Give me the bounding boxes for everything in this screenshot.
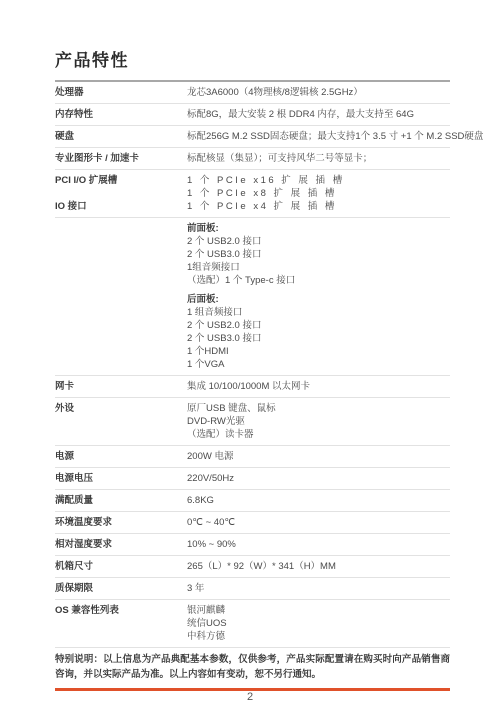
spec-label: 机箱尺寸 [55,560,187,573]
panel-item: 2 个 USB2.0 接口 [187,235,450,248]
spec-value: 220V/50Hz [187,472,450,485]
spec-value-line: 1 个 PCIe x4 扩 展 插 槽 [187,200,450,213]
spec-value: 10% ~ 90% [187,538,450,551]
spec-value-lines: 1 个 PCIe x16 扩 展 插 槽 1 个 PCIe x8 扩 展 插 槽… [187,174,450,213]
spec-value-line: 原厂USB 键盘、鼠标 [187,402,450,415]
spec-sheet: 产品特性 处理器 龙芯3A6000（4物理核/8逻辑核 2.5GHz） 内存特性… [0,0,500,691]
panel-item: 1 个HDMI [187,345,450,358]
spec-label: 电源电压 [55,472,187,485]
spec-value-line: 统信UOS [187,617,450,630]
spec-value-line: DVD-RW光驱 [187,415,450,428]
spec-value-groups: 前面板: 2 个 USB2.0 接口 2 个 USB3.0 接口 1组音频接口 … [187,222,450,371]
spec-label: 电源 [55,450,187,463]
panel-item: 2 个 USB3.0 接口 [187,248,450,261]
spec-row-io-panels: 前面板: 2 个 USB2.0 接口 2 个 USB3.0 接口 1组音频接口 … [55,218,450,376]
panel-item: 1 组音频接口 [187,306,450,319]
spec-row-memory: 内存特性 标配8G，最大安装 2 根 DDR4 内存，最大支持至 64G [55,104,450,126]
spec-row-voltage: 电源电压 220V/50Hz [55,468,450,490]
spec-value: 0℃ ~ 40℃ [187,516,450,529]
spec-row-pcie: PCI I/O 扩展槽 IO 接口 1 个 PCIe x16 扩 展 插 槽 1… [55,170,450,218]
spec-label: 硬盘 [55,130,187,143]
spec-row-psu: 电源 200W 电源 [55,446,450,468]
spec-row-storage: 硬盘 标配256G M.2 SSD固态硬盘；最大支持1个 3.5 寸 +1 个 … [55,126,450,148]
spec-label: 网卡 [55,380,187,393]
spec-value-line: 中科方德 [187,630,450,643]
spec-value-line: 银河麒麟 [187,604,450,617]
panel-item: （选配）1 个 Type-c 接口 [187,274,450,287]
spec-row-warranty: 质保期限 3 年 [55,578,450,600]
spec-label-secondary: IO 接口 [55,200,181,213]
panel-item: 1 个VGA [187,358,450,371]
spec-row-peripherals: 外设 原厂USB 键盘、鼠标 DVD-RW光驱 （选配）读卡器 [55,398,450,446]
spec-label: OS 兼容性列表 [55,604,187,643]
page-number: 2 [0,691,500,703]
footer-note: 特别说明：以上信息为产品典配基本参数，仅供参考，产品实际配置请在购买时向产品销售… [55,653,450,682]
spec-value: 龙芯3A6000（4物理核/8逻辑核 2.5GHz） [187,86,450,99]
spec-value-line: （选配）读卡器 [187,428,450,441]
spec-label-empty [55,222,187,371]
spec-value: 3 年 [187,582,450,595]
spec-label: 环境温度要求 [55,516,187,529]
spec-value-line: 1 个 PCIe x16 扩 展 插 槽 [187,174,450,187]
panel-item: 1组音频接口 [187,261,450,274]
spec-label: 相对湿度要求 [55,538,187,551]
spec-label: 外设 [55,402,187,441]
spec-value: 265（L）* 92（W）* 341（H）MM [187,560,450,573]
spec-label: 满配质量 [55,494,187,507]
spec-value: 集成 10/100/1000M 以太网卡 [187,380,450,393]
spec-value-line: 1 个 PCIe x8 扩 展 插 槽 [187,187,450,200]
spec-value: 200W 电源 [187,450,450,463]
rear-panel-group: 后面板: 1 组音频接口 2 个 USB2.0 接口 2 个 USB3.0 接口… [187,293,450,371]
spec-label: PCI I/O 扩展槽 [55,174,181,187]
page-title: 产品特性 [55,46,450,71]
front-panel-group: 前面板: 2 个 USB2.0 接口 2 个 USB3.0 接口 1组音频接口 … [187,222,450,287]
spec-label: 内存特性 [55,108,187,121]
spec-value: 标配核显（集显）；可支持风华二号等显卡； [187,152,450,165]
panel-item: 2 个 USB2.0 接口 [187,319,450,332]
spec-table: 处理器 龙芯3A6000（4物理核/8逻辑核 2.5GHz） 内存特性 标配8G… [55,82,450,648]
spec-row-nic: 网卡 集成 10/100/1000M 以太网卡 [55,376,450,398]
spec-value-lines: 原厂USB 键盘、鼠标 DVD-RW光驱 （选配）读卡器 [187,402,450,441]
spec-row-gpu: 专业图形卡 / 加速卡 标配核显（集显）；可支持风华二号等显卡； [55,148,450,170]
spec-label: 专业图形卡 / 加速卡 [55,152,187,165]
spec-value: 6.8KG [187,494,450,507]
spec-value: 标配256G M.2 SSD固态硬盘；最大支持1个 3.5 寸 +1 个 M.2… [187,130,483,143]
spec-row-chassis: 机箱尺寸 265（L）* 92（W）* 341（H）MM [55,556,450,578]
spec-label: 质保期限 [55,582,187,595]
front-panel-heading: 前面板: [187,222,450,235]
panel-item: 2 个 USB3.0 接口 [187,332,450,345]
spec-row-temperature: 环境温度要求 0℃ ~ 40℃ [55,512,450,534]
spec-label: 处理器 [55,86,187,99]
spec-value-lines: 银河麒麟 统信UOS 中科方德 [187,604,450,643]
spec-row-weight: 满配质量 6.8KG [55,490,450,512]
spec-row-humidity: 相对湿度要求 10% ~ 90% [55,534,450,556]
spec-row-cpu: 处理器 龙芯3A6000（4物理核/8逻辑核 2.5GHz） [55,82,450,104]
rear-panel-heading: 后面板: [187,293,450,306]
spec-value: 标配8G，最大安装 2 根 DDR4 内存，最大支持至 64G [187,108,450,121]
spec-label-dual: PCI I/O 扩展槽 IO 接口 [55,174,187,213]
spec-row-os: OS 兼容性列表 银河麒麟 统信UOS 中科方德 [55,600,450,648]
